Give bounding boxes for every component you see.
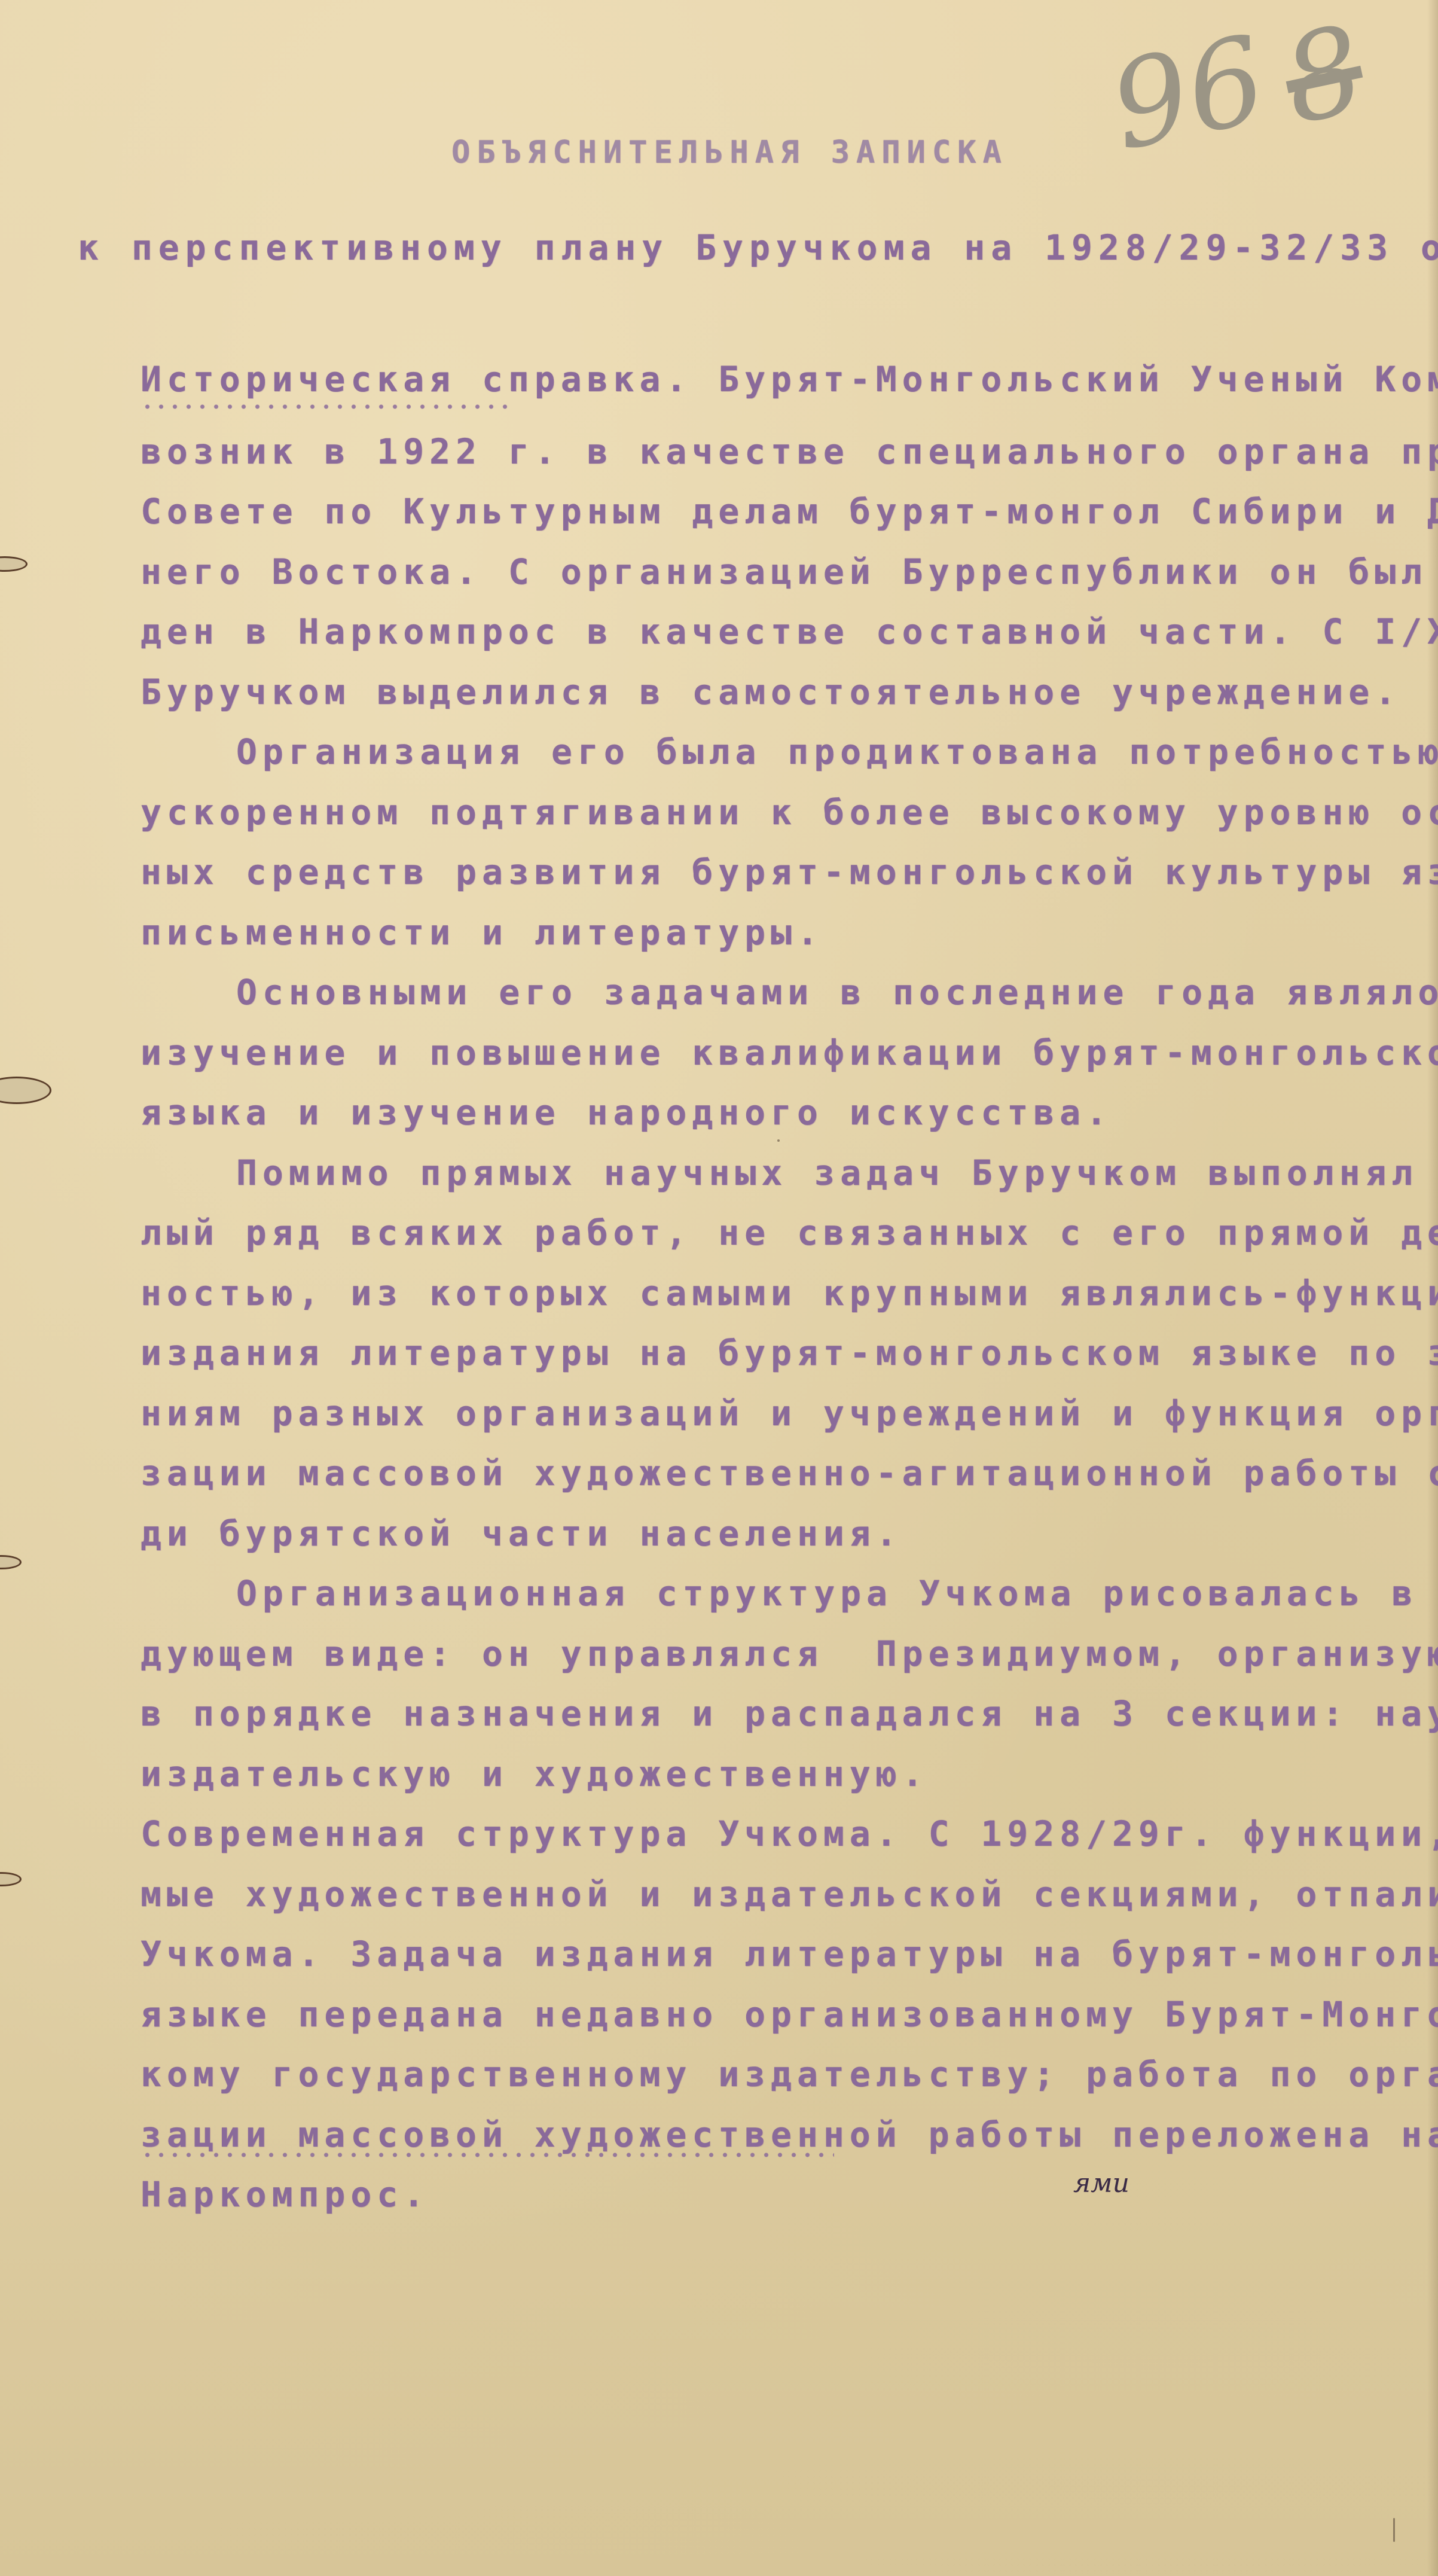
body-line: ниям разных организаций и учреждений и ф… [141,1393,1438,1434]
body-line: кому государственному издательству; рабо… [141,2054,1438,2095]
body-line: ден в Наркомпрос в качестве составной ча… [141,611,1438,652]
body-line: лый ряд всяких работ, не связанных с его… [141,1212,1438,1253]
body-line: изучение и повышение квалификации бурят-… [141,1032,1438,1073]
binding-hole [0,556,28,572]
body-line: Помимо прямых научных задач Буручком вып… [236,1153,1438,1193]
body-line: мые художественной и издательской секция… [141,1874,1438,1915]
body-line: издания литературы на бурят-монгольском … [141,1333,1438,1373]
heading-underline [141,2152,834,2158]
body-line: возник в 1922 г. в качестве специального… [141,431,1438,472]
document-title: ОБЪЯСНИТЕЛЬНАЯ ЗАПИСКА [451,135,1008,170]
folio-number: 96 [1100,10,1277,178]
body-line: него Востока. С организацией Бурреспубли… [141,551,1438,592]
document-page: 96 8 ОБЪЯСНИТЕЛЬНАЯ ЗАПИСКА к перспектив… [0,0,1438,2576]
body-line: Современная структура Учкома. С 1928/29г… [141,1813,1438,1854]
body-line: ди бурятской части населения. [141,1513,902,1554]
paper-speck [1118,1175,1121,1178]
body-line: ускоренном подтягивании к более высокому… [141,792,1438,833]
body-line: дующем виде: он управлялся Президиумом, … [141,1633,1438,1674]
body-line: Историческая справка. Бурят-Монгольский … [141,359,1438,400]
document-subtitle: к перспективному плану Буручкома на 1928… [78,227,1438,268]
body-line: в порядке назначения и распадался на 3 с… [141,1693,1438,1734]
heading-underline [141,404,511,410]
body-line: Организация его была продиктована потреб… [236,731,1438,772]
binding-hole [0,1077,51,1104]
handwritten-correction: ями [1073,2168,1129,2199]
body-line: ных средств развития бурят-монгольской к… [141,852,1438,892]
body-line: Наркомпрос. [141,2174,429,2215]
paper-speck [777,1139,780,1142]
paper-speck [1393,2518,1395,2542]
body-line: издательскую и художественную. [141,1754,929,1794]
binding-hole [0,1555,22,1569]
body-line: письменности и литературы. [141,912,823,953]
body-line: Основными его задачами в последние года … [236,972,1438,1013]
body-line: Учкома. Задача издания литературы на бур… [141,1934,1438,1974]
body-line: зации массовой художественно-агитационно… [141,1453,1438,1493]
body-line: Совете по Культурным делам бурят-монгол … [141,491,1438,532]
body-line: Буручком выделился в самостоятельное учр… [141,672,1401,712]
body-line: Организационная структура Учкома рисовал… [236,1573,1438,1614]
body-line: языке передана недавно организованному Б… [141,1994,1438,2035]
body-line: языка и изучение народного искусства. [141,1092,1112,1133]
body-line: зации массовой художественной работы пер… [141,2114,1438,2155]
folio-number-struck: 8 [1272,0,1375,152]
body-line: ностью, из которых самыми крупными являл… [141,1273,1438,1313]
binding-hole [0,1872,22,1886]
